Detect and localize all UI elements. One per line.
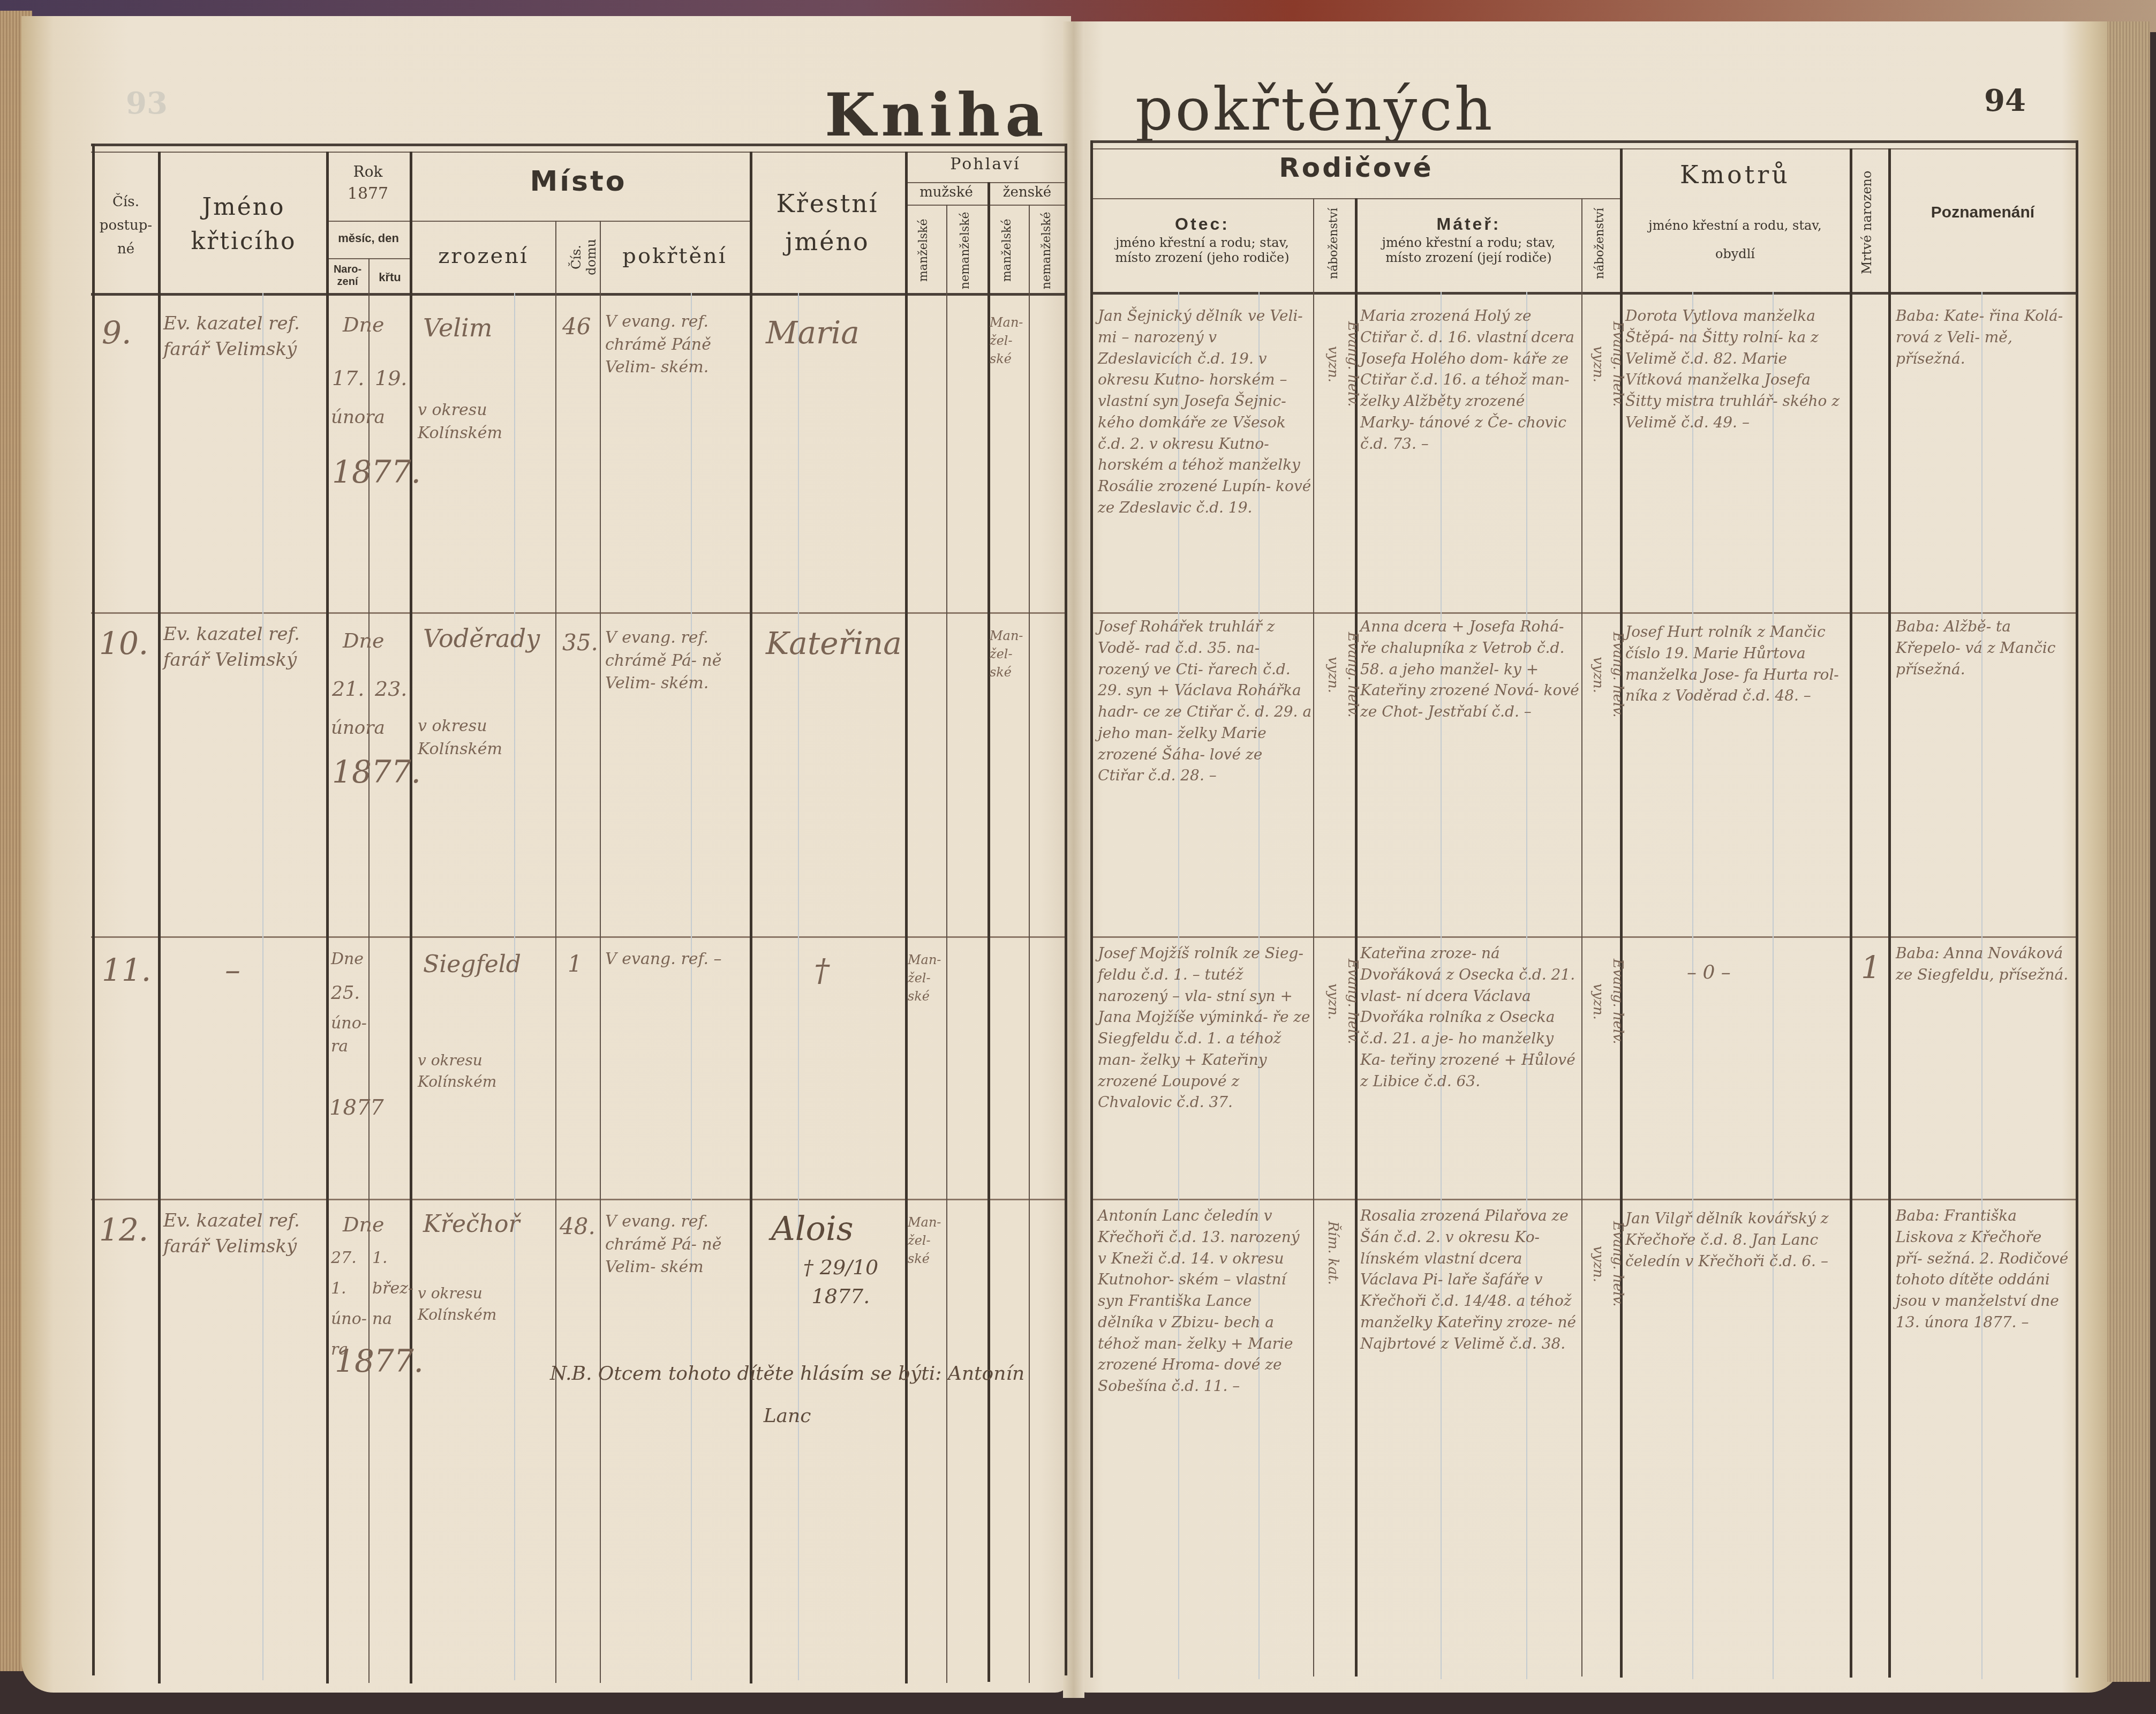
entry-kmotri: Jan Vilgř dělník kovářský z Křečhoře č.d… xyxy=(1625,1208,1845,1272)
entry-zrozeni: Voděrady xyxy=(423,621,540,656)
entry-narozeni-den: 21. xyxy=(332,675,364,704)
page-number-left-bleed: 93 xyxy=(126,86,168,121)
entry-den: Dne xyxy=(343,627,384,656)
header-narozeni: Naro- zení xyxy=(328,264,367,288)
entry-cislo-domu: 46 xyxy=(562,311,591,343)
entry-cislo-domu: 48. xyxy=(560,1211,595,1243)
header-krtu: křtu xyxy=(371,270,409,284)
entry-otec-nabozenstvi: Evang. helv. vyzn. xyxy=(1323,621,1362,728)
entry-krtu-den: 19. xyxy=(375,364,407,393)
header-zenske-nemanzelske: nemanželské xyxy=(1040,212,1053,289)
entry-number: 12. xyxy=(99,1208,148,1252)
entry-mrtve: 1 xyxy=(1861,945,1881,989)
entry-zrozeni: Křečhoř xyxy=(423,1208,519,1241)
entry-krestni-note: † 29/10 1877. xyxy=(777,1253,905,1311)
entry-annotation: N.B. Otcem tohoto dítěte hlásím se býti:… xyxy=(530,1352,1044,1437)
entry-poznamenani: Baba: Alžbě- ta Křepelo- vá z Mančic pří… xyxy=(1896,616,2072,680)
entry-pokrteni: V evang. ref. – xyxy=(605,948,747,971)
title-pokrtenych: pokřtěných xyxy=(1135,75,1495,144)
entry-matka-nabozenstvi: Evang. helv. vyzn. xyxy=(1588,621,1627,728)
header-zenske: ženské xyxy=(990,185,1065,201)
entry-zrozeni-okres: v okresu Kolínském xyxy=(418,1283,552,1326)
entry-otec: Josef Mojžíš rolník ze Sieg- feldu č.d. … xyxy=(1098,943,1312,1113)
entry-cislo-domu: 35. xyxy=(562,627,598,659)
entry-otec-nabozenstvi: Evang. helv. vyzn. xyxy=(1323,948,1362,1055)
entry-otec: Jan Šejnický dělník ve Veli- mi – naroze… xyxy=(1098,305,1312,518)
entry-pohlavi: Man- žel- ské xyxy=(990,627,1027,681)
page-stack-right xyxy=(2107,21,2150,1682)
entry-matka: Kateřina zroze- ná Dvořáková z Osecka č.… xyxy=(1360,943,1580,1092)
entry-zrozeni-okres: v okresu Kolínském xyxy=(418,399,557,445)
entry-matka-nabozenstvi: Evang. helv. vyzn. xyxy=(1588,948,1627,1055)
entry-rok: 1877 xyxy=(329,1093,384,1123)
entry-matka-nabozenstvi: Evang. helv. vyzn. xyxy=(1588,311,1627,418)
entry-krtici: – xyxy=(225,948,240,992)
header-muzske: mužské xyxy=(906,185,986,201)
entry-number: 10. xyxy=(99,621,148,665)
entry-pokrteni: V evang. ref. chrámě Pá- ně Velim- ském xyxy=(605,1211,747,1279)
entry-zrozeni-okres: v okresu Kolínském xyxy=(418,1050,552,1093)
header-kmotru-desc: jméno křestní a rodu, stav, obydlí xyxy=(1633,212,1837,268)
entry-den: Dne xyxy=(343,1211,384,1239)
entry-number: 11. xyxy=(102,948,151,992)
entry-matka: Maria zrozená Holý ze Ctiřar č. d. 16. v… xyxy=(1360,305,1580,454)
entry-den: Dne xyxy=(331,948,364,971)
header-misto: Místo xyxy=(412,166,744,198)
entry-number: 9. xyxy=(102,311,131,355)
header-mrtve-narozeno: Mrtvé narozeno xyxy=(1859,161,1874,284)
header-rok-label: Rok xyxy=(328,163,408,181)
entry-narozeni-den: 25. xyxy=(331,980,360,1006)
entry-pohlavi: Man- žel- ské xyxy=(908,1213,945,1268)
header-zrozeni: zrození xyxy=(412,244,554,268)
entry-krtu-den: 1. břez- na xyxy=(372,1243,410,1334)
header-cis-domu: Čís. domu xyxy=(569,225,599,289)
entry-rok: 1877. xyxy=(332,450,421,494)
entry-krtici: Ev. kazatel ref. farář Velimský xyxy=(163,1208,321,1260)
title-kniha: Kniha xyxy=(825,80,1049,149)
entry-otec: Josef Rohářek truhlář z Vodě- rad č.d. 3… xyxy=(1098,616,1312,786)
entry-poznamenani: Baba: Františka Liskova z Křečhoře pří- … xyxy=(1896,1205,2072,1333)
entry-krtici: Ev. kazatel ref. farář Velimský xyxy=(163,311,321,363)
entry-rok: 1877. xyxy=(335,1339,424,1383)
entry-krtici: Ev. kazatel ref. farář Velimský xyxy=(163,621,321,673)
entry-zrozeni-okres: v okresu Kolínském xyxy=(418,715,557,761)
entry-krtu-den: 23. xyxy=(375,675,407,704)
entry-mesic: úno- ra xyxy=(331,1012,363,1058)
entry-pohlavi: Man- žel- ské xyxy=(908,951,945,1005)
entry-krestni-jmeno: Maria xyxy=(766,311,860,355)
header-otec-nabozenstvi: náboženství xyxy=(1327,201,1340,287)
entry-pokrteni: V evang. ref. chrámě Páně Velim- ském. xyxy=(605,311,747,379)
entry-otec-nabozenstvi: Evang. helv. vyzn. xyxy=(1323,311,1362,418)
header-pohlavi: Pohlaví xyxy=(908,155,1063,174)
entry-mesic: února xyxy=(331,404,385,430)
header-muzske-nemanzelske: nemanželské xyxy=(959,212,972,289)
entry-pohlavi: Man- žel- ské xyxy=(990,313,1027,368)
header-mater-nabozenstvi: náboženství xyxy=(1593,201,1607,287)
header-poznamenani: Poznamenání xyxy=(1890,204,2075,222)
header-mater-desc: jméno křestní a rodu; stav, místo zrozen… xyxy=(1368,236,1569,265)
entry-poznamenani: Baba: Kate- řina Kolá- rová z Veli- mě, … xyxy=(1896,305,2072,369)
entry-matka-nabozenstvi: Evang. helv. vyzn. xyxy=(1588,1211,1627,1318)
header-muzske-manzelske: manželské xyxy=(917,214,930,287)
header-rok-value: 1877 xyxy=(328,185,408,204)
header-mesic-den: měsíc, den xyxy=(328,231,409,245)
header-otec-title: Otec: xyxy=(1092,214,1312,234)
entry-poznamenani: Baba: Anna Nováková ze Siegfeldu, přísež… xyxy=(1896,943,2072,986)
entry-pokrteni: V evang. ref. chrámě Pá- ně Velim- ském. xyxy=(605,627,747,695)
header-cislo: Čís. postup- né xyxy=(96,190,155,261)
header-kmotru-title: Kmotrů xyxy=(1623,161,1848,189)
entry-rok: 1877. xyxy=(332,750,421,794)
header-mater-title: Máteř: xyxy=(1358,214,1580,234)
entry-krestni-jmeno: † xyxy=(814,948,830,992)
entry-cislo-domu: 1 xyxy=(568,948,582,980)
header-jmeno-krticiho: Jméno křticího xyxy=(163,190,324,259)
entry-otec: Antonín Lanc čeledín v Křečhoři č.d. 13.… xyxy=(1098,1205,1312,1397)
page-number: 94 xyxy=(1984,83,2026,118)
entry-narozeni-den: 17. xyxy=(332,364,364,393)
header-otec-desc: jméno křestní a rodu; stav, místo zrozen… xyxy=(1103,236,1301,265)
entry-matka: Anna dcera + Josefa Rohá- ře chalupníka … xyxy=(1360,616,1580,723)
entry-zrozeni: Siegfeld xyxy=(423,948,521,981)
entry-kmotri: Dorota Vytlova manželka Štěpá- na Šitty … xyxy=(1625,305,1845,433)
entry-mesic: února xyxy=(331,715,385,741)
entry-krestni-jmeno: Alois xyxy=(771,1205,854,1252)
entry-otec-nabozenstvi: Řím. kat. xyxy=(1323,1211,1343,1296)
entry-krestni-jmeno: Kateřina xyxy=(766,621,902,665)
header-rodicove: Rodičové xyxy=(1092,153,1620,184)
entry-kmotri: Josef Hurt rolník z Mančic číslo 19. Mar… xyxy=(1625,621,1845,706)
entry-den: Dne xyxy=(343,311,384,340)
header-krestni-jmeno: Křestní jméno xyxy=(752,185,902,261)
entry-matka: Rosalia zrozená Pilařova ze Šán č.d. 2. … xyxy=(1360,1205,1580,1354)
entry-kmotri: – 0 – xyxy=(1687,959,1821,986)
header-pokrteni: pokřtění xyxy=(602,244,747,268)
header-zenske-manzelske: manželské xyxy=(1000,214,1014,287)
entry-zrozeni: Velim xyxy=(423,311,492,345)
